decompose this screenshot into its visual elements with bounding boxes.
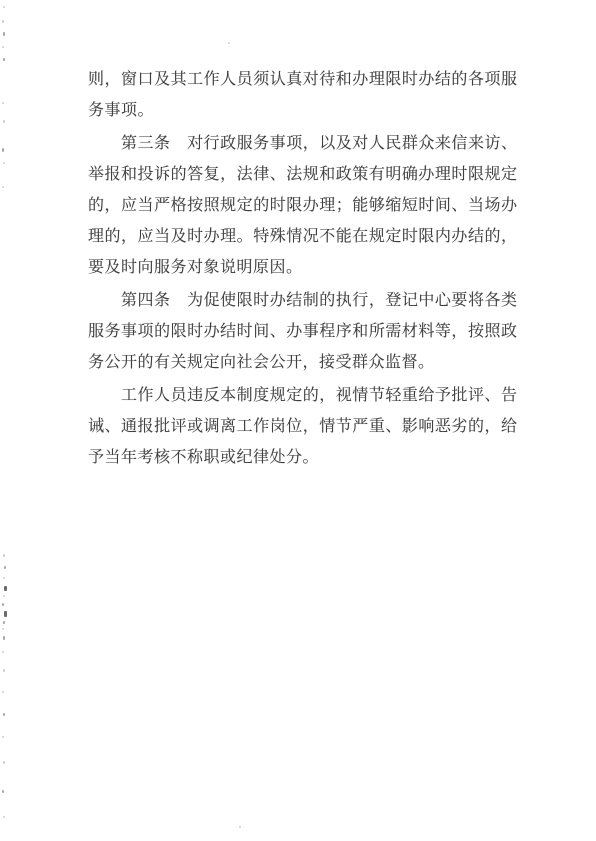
text-line: 务公开的有关规定向社会公开，接受群众监督。 xyxy=(88,347,517,378)
scan-speck xyxy=(2,603,4,606)
scan-speck xyxy=(2,20,4,23)
scan-speck xyxy=(3,162,5,164)
scan-speck xyxy=(2,651,4,653)
scan-speck xyxy=(3,32,5,36)
scan-speck xyxy=(4,586,7,591)
scan-speck xyxy=(3,761,5,764)
text-line: 诫、通报批评或调离工作岗位，情节严重、影响恶劣的，给 xyxy=(88,411,517,442)
scan-speck xyxy=(3,554,5,557)
text-line: 的，应当严格按照规定的时限办理；能够缩短时间、当场办 xyxy=(88,190,517,221)
paragraph: 第三条 对行政服务事项，以及对人民群众来信来访、 举报和投诉的答复，法律、法规和… xyxy=(88,128,517,283)
text-line: 予当年考核不称职或纪律处分。 xyxy=(88,442,517,473)
text-line: 工作人员违反本制度规定的，视情节轻重给予批评、告 xyxy=(88,380,517,411)
scan-speck xyxy=(3,6,5,8)
scan-speck xyxy=(4,611,7,617)
scan-speck xyxy=(3,713,5,716)
scan-speck xyxy=(2,736,4,738)
scan-speck xyxy=(239,826,241,828)
text-line: 第三条 对行政服务事项，以及对人民群众来信来访、 xyxy=(88,128,517,159)
scan-speck xyxy=(3,816,5,818)
text-line: 第四条 为促使限时办结制的执行，登记中心要将各类 xyxy=(88,285,517,316)
scan-speck xyxy=(2,102,4,104)
scan-speck xyxy=(228,42,230,44)
text-line: 举报和投诉的答复，法律、法规和政策有明确办理时限规定 xyxy=(88,159,517,190)
document-page: 则，窗口及其工作人员须认真对待和办理限时办结的各项服 务事项。 第三条 对行政服… xyxy=(0,0,596,841)
document-text-block: 则，窗口及其工作人员须认真对待和办理限时办结的各项服 务事项。 第三条 对行政服… xyxy=(88,64,517,475)
scan-speck xyxy=(3,595,5,597)
text-line: 服务事项的限时办结时间、办事程序和所需材料等，按照政 xyxy=(88,316,517,347)
text-line: 务事项。 xyxy=(88,95,517,126)
text-line: 则，窗口及其工作人员须认真对待和办理限时办结的各项服 xyxy=(88,64,517,95)
paragraph: 则，窗口及其工作人员须认真对待和办理限时办结的各项服 务事项。 xyxy=(88,64,517,126)
scan-speck xyxy=(2,628,4,630)
scan-speck xyxy=(3,621,5,624)
scan-speck xyxy=(2,691,4,693)
scan-speck xyxy=(3,669,5,672)
paragraph: 第四条 为促使限时办结制的执行，登记中心要将各类 服务事项的限时办结时间、办事程… xyxy=(88,285,517,378)
scan-speck xyxy=(3,58,5,61)
text-line: 要及时向服务对象说明原因。 xyxy=(88,252,517,283)
paragraph: 工作人员违反本制度规定的，视情节轻重给予批评、告 诫、通报批评或调离工作岗位，情… xyxy=(88,380,517,473)
scan-speck xyxy=(4,566,6,569)
scan-speck xyxy=(2,186,4,188)
scan-speck xyxy=(2,790,4,793)
scan-speck xyxy=(2,46,4,48)
text-line: 理的，应当及时办理。特殊情况不能在规定时限内办结的， xyxy=(88,221,517,252)
scan-speck xyxy=(2,148,4,152)
scan-speck xyxy=(3,636,5,640)
scan-speck xyxy=(3,577,5,579)
scan-speck xyxy=(3,120,5,123)
